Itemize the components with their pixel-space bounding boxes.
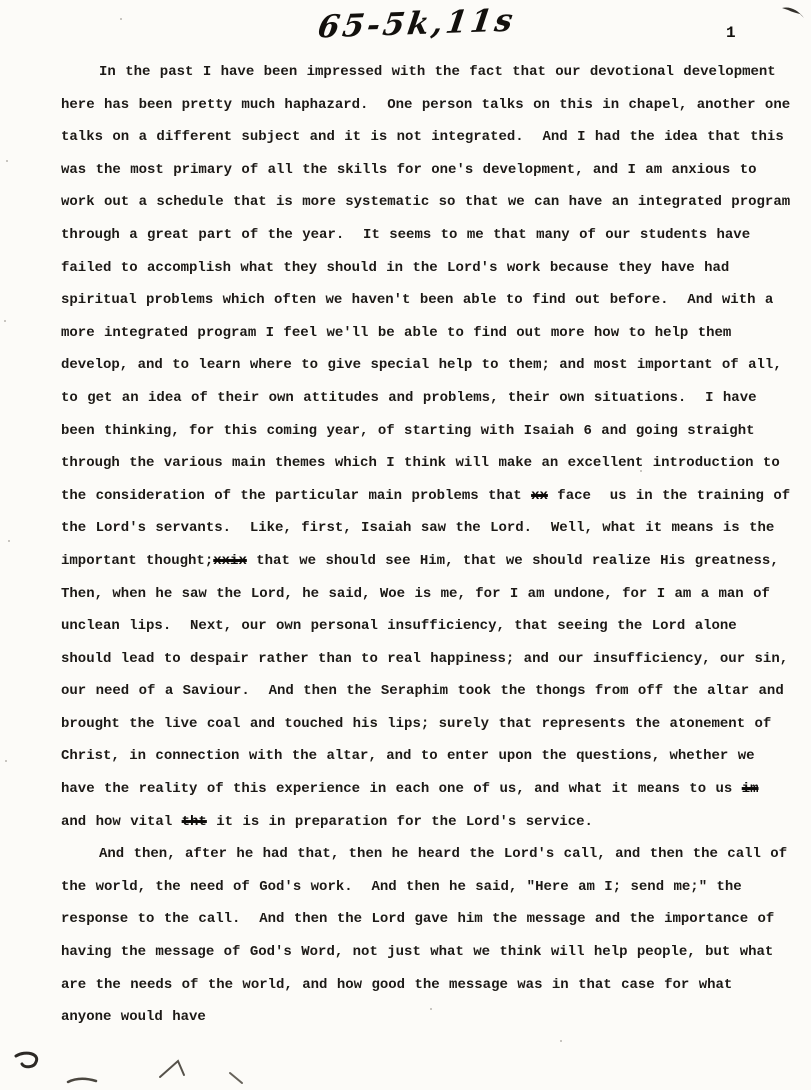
scan-speck: [430, 1008, 432, 1010]
document-body: In the past I have been impressed with t…: [61, 56, 791, 1034]
paragraph: And then, after he had that, then he hea…: [61, 838, 791, 1034]
paragraph-text: And then, after he had that, then he hea…: [61, 846, 797, 1025]
struck-out-text: xx: [531, 488, 548, 504]
scan-speck: [560, 1040, 562, 1042]
struck-out-text: xxix: [213, 553, 247, 569]
handwritten-note: 65-5k,11s: [316, 2, 518, 45]
struck-out-text: tht: [182, 814, 207, 830]
scan-speck: [120, 18, 122, 20]
scan-speck: [4, 320, 6, 322]
paragraph-text: that we should see Him, that we should r…: [61, 553, 798, 797]
struck-out-text: im: [742, 781, 759, 797]
scan-speck: [5, 760, 7, 762]
paragraph-text: In the past I have been impressed with t…: [61, 64, 800, 504]
scanned-page: 65-5k,11s 1 In the past I have been impr…: [0, 0, 811, 1090]
paragraph-text: it is in preparation for the Lord's serv…: [207, 814, 593, 830]
scan-speck: [640, 470, 642, 472]
scan-speck: [8, 540, 10, 542]
pencil-squiggle-left: [10, 1048, 120, 1088]
scan-speck: [6, 160, 8, 162]
page-number: 1: [726, 24, 736, 42]
paragraph: In the past I have been impressed with t…: [61, 56, 791, 838]
pencil-squiggle-right: [150, 1055, 270, 1090]
